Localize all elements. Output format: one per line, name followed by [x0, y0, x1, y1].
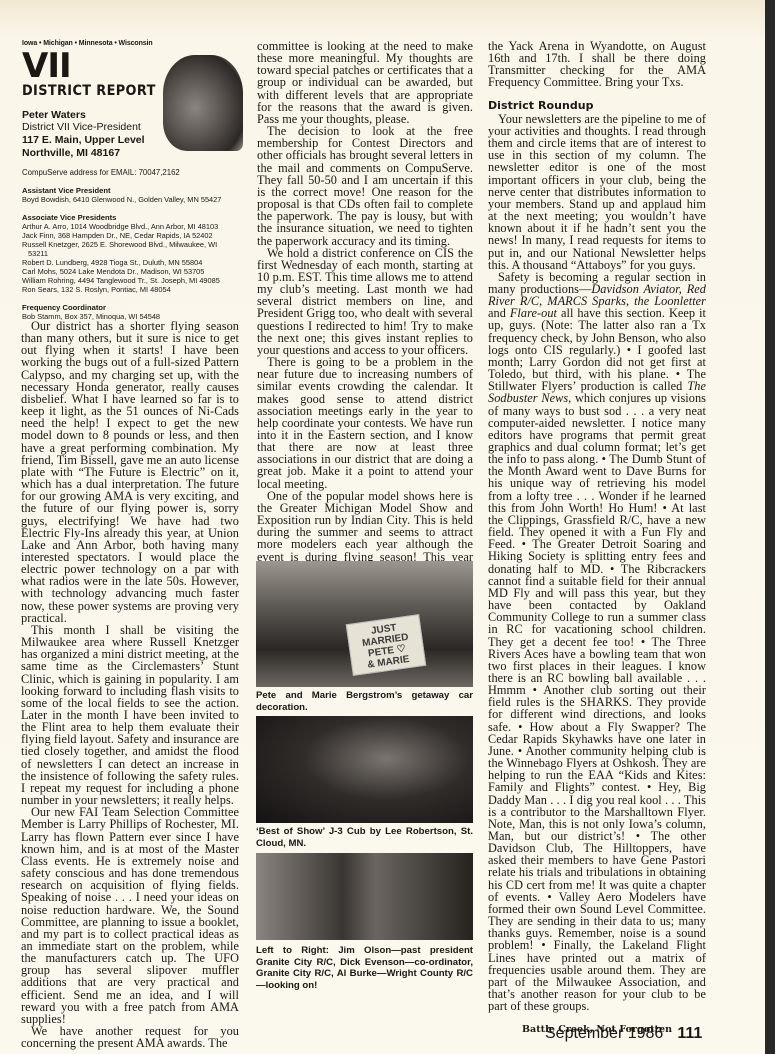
paragraph: The decision to look at the free members…: [257, 125, 473, 247]
column-2-body: committee is looking at the need to make…: [257, 40, 473, 587]
page-footer: September 1986111: [545, 1025, 702, 1043]
paragraph: There is going to be a problem in the ne…: [257, 356, 473, 490]
associate-vp: 53211: [22, 249, 238, 258]
page-number: 111: [677, 1025, 702, 1042]
column-3-body: the Yack Arena in Wyandotte, on August 1…: [488, 40, 706, 1037]
vp-email: CompuServe address for EMAIL: 70047,2162: [22, 168, 238, 177]
paragraph: We have another request for you concerni…: [21, 1025, 239, 1049]
district-roundup-heading: District Roundup: [488, 100, 706, 112]
photo-caption: Pete and Marie Bergstrom’s getaway car d…: [256, 690, 473, 713]
associate-vp: Robert D. Lundberg, 4928 Tioga St., Dulu…: [22, 258, 238, 267]
photo-caption: ‘Best of Show’ J-3 Cub by Lee Robertson,…: [256, 826, 473, 849]
associate-vp: Russell Knetzger, 2625 E. Shorewood Blvd…: [22, 240, 238, 249]
associate-vp: Jack Finn, 368 Hampden Dr., NE, Cedar Ra…: [22, 231, 238, 240]
issue-date: September 1986: [545, 1025, 663, 1042]
associate-vps-heading: Associate Vice Presidents: [22, 213, 238, 222]
associate-vp: Ron Sears, 132 S. Roslyn, Pontiac, MI 48…: [22, 285, 238, 294]
paragraph: We hold a district conference on CIS the…: [257, 247, 473, 356]
paragraph: the Yack Arena in Wyandotte, on August 1…: [488, 40, 706, 89]
assistant-vp-heading: Assistant Vice President: [22, 186, 238, 195]
paragraph: committee is looking at the need to make…: [257, 40, 473, 125]
frequency-coordinator-heading: Frequency Coordinator: [22, 303, 238, 312]
text-run: all have this section. Keep it up, guys.…: [488, 306, 706, 393]
associate-vp: William Rohring, 4494 Tanglewood Tr., St…: [22, 276, 238, 285]
paragraph: This month I shall be visiting the Milwa…: [21, 624, 239, 806]
paragraph: Safety is becoming a regular section in …: [488, 271, 706, 1013]
associate-vp: Carl Mohs, 5024 Lake Mendota Dr., Madiso…: [22, 267, 238, 276]
paragraph: Our new FAI Team Selection Committee Mem…: [21, 806, 239, 1025]
photo-best-of-show: [256, 716, 473, 823]
scan-edge: [765, 0, 775, 1054]
column-1-body: Our district has a shorter flying season…: [21, 320, 239, 1049]
just-married-sign: JUST MARRIED PETE ♡ & MARIE: [346, 614, 427, 676]
text-run: which conjures up visions of many ways t…: [488, 391, 706, 1013]
photo-caption: Left to Right: Jim Olson—past president …: [256, 945, 473, 991]
author-portrait-photo: [163, 55, 243, 151]
assistant-vp: Boyd Bowdish, 6410 Glenwood N., Golden V…: [22, 195, 238, 204]
photo-granite-city-members: [256, 853, 473, 940]
paragraph: Your newsletters are the pipeline to me …: [488, 113, 706, 271]
paragraph: Our district has a shorter flying season…: [21, 320, 239, 624]
associate-vp: Arthur A. Arro, 1014 Woodbridge Blvd., A…: [22, 222, 238, 231]
photo-getaway-car: JUST MARRIED PETE ♡ & MARIE: [256, 561, 473, 687]
